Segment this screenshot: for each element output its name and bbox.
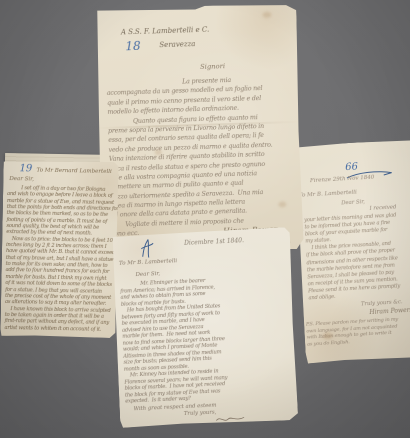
left-letter-salutation: Dear Sir, <box>9 176 34 182</box>
top-letter-body: La presente miaaccompagnata da un gesso … <box>106 74 297 239</box>
right-letter-postscript: P.S. Please pardon me for writing in myo… <box>306 315 410 348</box>
right-letter-opening: I received <box>369 204 396 211</box>
letter-middle: Dicembre 1st 1840. To Mr B. Lambertelli … <box>112 227 299 428</box>
right-letter-body: your letter this morning and was gladto … <box>304 211 410 303</box>
top-letter-number: 18 <box>125 39 141 53</box>
right-letter-closing: Truly yours &c. <box>361 299 403 307</box>
letter-left: 19 To Mr Bernard Lambertelli Dear Sir, I… <box>0 160 118 338</box>
right-letter-salutation: Dear Sir, <box>341 199 365 206</box>
right-letter-number: 66 <box>345 161 358 173</box>
left-letter-number: 19 <box>19 163 32 174</box>
right-letter-addressee: To Mr B. Lambertelli <box>299 190 357 199</box>
middle-letter-addressee: To Mr B. Lambertelli <box>119 258 177 267</box>
middle-letter-salutation: Dear Sir, <box>135 271 160 278</box>
left-letter-addressee: To Mr Bernard Lambertelli <box>36 168 111 175</box>
right-letter-signature: Hiram Powers <box>369 307 410 316</box>
top-letter-salutation: Signori <box>200 62 225 71</box>
top-letter-address-line1: A S.S. F. Lambertelli e C. <box>121 26 210 37</box>
blue-paraph-mark-icon <box>138 237 157 260</box>
letter-top: A S.S. F. Lambertelli e C. 18 Seravezza … <box>94 3 304 255</box>
right-letter-dateline: Firenze 29th Nov 1840 <box>310 175 375 185</box>
top-letter-address-line2: Seravezza <box>159 40 195 49</box>
signature-squiggle-icon <box>216 414 246 423</box>
middle-letter-body: Mr. Ehninger is the bearerfrom America; … <box>120 274 293 405</box>
photo-of-four-handwritten-letters: 66 Firenze 29th Nov 1840 To Mr B. Lamber… <box>0 0 410 438</box>
foxing-spot <box>262 12 271 18</box>
middle-letter-dateline: Dicembre 1st 1840. <box>184 237 244 247</box>
middle-letter-closing-yours: Truly yours, <box>184 410 217 417</box>
letter-right: 66 Firenze 29th Nov 1840 To Mr B. Lamber… <box>294 139 410 364</box>
left-letter-body: I set off in a day or two for Bolognaand… <box>4 185 117 333</box>
